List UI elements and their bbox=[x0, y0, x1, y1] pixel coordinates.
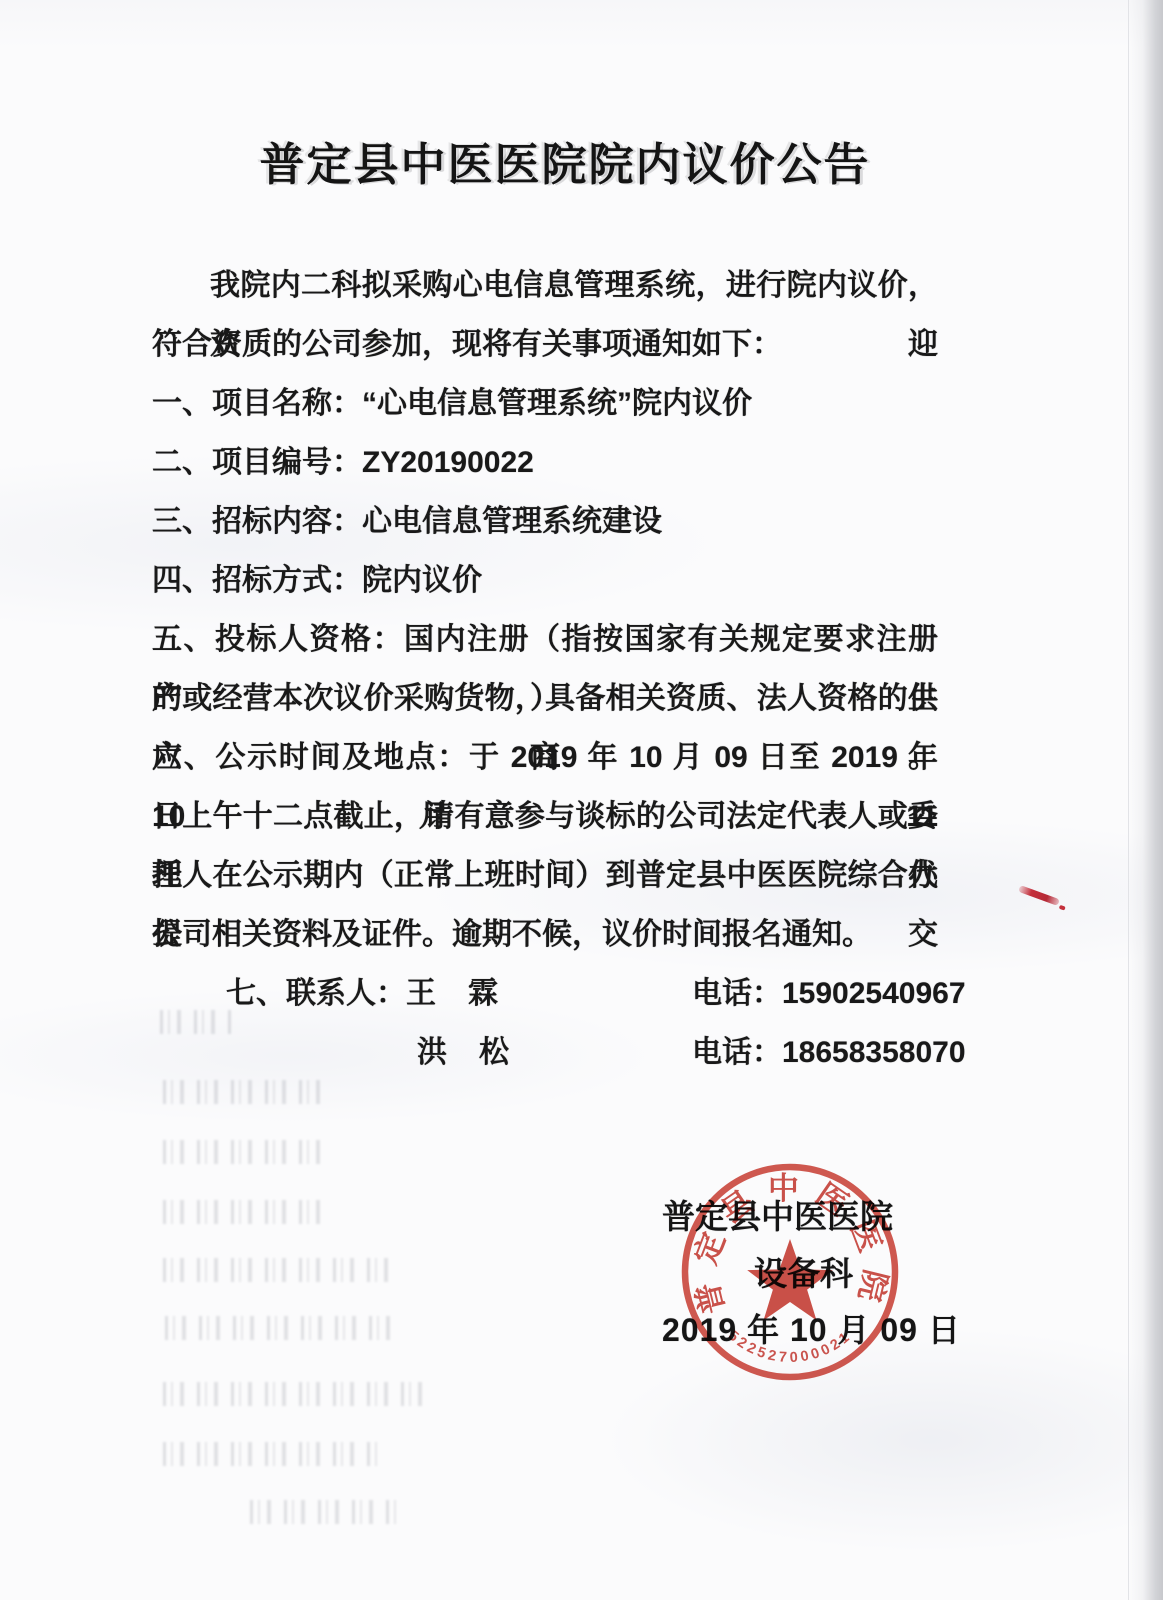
document-body: 我院内二科拟采购心电信息管理系统，进行院内议价，欢迎 符合资质的公司参加，现将有… bbox=[152, 256, 938, 1082]
scanned-document-page: 普定县中医医院院内议价公告 我院内二科拟采购心电信息管理系统，进行院内议价，欢迎… bbox=[0, 0, 1163, 1600]
body-line: 我院内二科拟采购心电信息管理系统，进行院内议价，欢迎 bbox=[152, 256, 938, 315]
signature-date: 2019 年 10 月 09 日 bbox=[662, 1302, 961, 1359]
bleed-through-artifact bbox=[250, 1500, 400, 1524]
document-title: 普定县中医医院院内议价公告 bbox=[170, 128, 960, 193]
signature-department: 设备科 bbox=[754, 1245, 961, 1302]
contact-phone: 电话：18658358070 bbox=[692, 1023, 966, 1082]
contact-row: 洪 松 电话：18658358070 bbox=[152, 1023, 938, 1082]
signature-block: 普定县中医医院 设备科 2019 年 10 月 09 日 bbox=[662, 1188, 961, 1359]
red-ink-mark bbox=[1018, 885, 1060, 906]
bleed-through-artifact bbox=[163, 1382, 423, 1406]
bleed-through-artifact bbox=[163, 1258, 398, 1282]
body-line-item-6: 公司相关资料及证件。逾期不候，议价时间报名通知。 bbox=[152, 905, 938, 964]
contact-name: 洪 松 bbox=[417, 1036, 510, 1069]
body-line-item-4: 四、招标方式：院内议价 bbox=[152, 551, 938, 610]
contact-row: 七、联系人：王 霖 电话：15902540967 bbox=[152, 964, 938, 1023]
bleed-through-artifact bbox=[160, 1010, 235, 1034]
body-line-item-6: 六、公示时间及地点：于 2019 年 10 月 09 日至 2019 年 10 … bbox=[152, 728, 938, 787]
body-line-item-1: 一、项目名称：“心电信息管理系统”院内议价 bbox=[152, 374, 938, 433]
body-line-item-2: 二、项目编号：ZY20190022 bbox=[152, 433, 938, 492]
bleed-through-artifact bbox=[163, 1140, 328, 1164]
body-line-item-5: 产或经营本次议价采购货物，具备相关资质、法人资格的供应商。 bbox=[152, 669, 938, 728]
body-line-item-6: 日上午十二点截止，请有意参与谈标的公司法定代表人或委托代 bbox=[152, 787, 938, 846]
signature-organization: 普定县中医医院 bbox=[662, 1188, 961, 1245]
scan-edge-shadow bbox=[1128, 0, 1163, 1600]
contact-name: 王 霖 bbox=[406, 977, 499, 1010]
contact-phone: 电话：15902540967 bbox=[692, 964, 966, 1023]
bleed-through-artifact bbox=[165, 1316, 400, 1340]
bleed-through-artifact bbox=[163, 1200, 333, 1224]
contact-heading: 七、联系人： bbox=[226, 977, 406, 1010]
body-line-item-3: 三、招标内容：心电信息管理系统建设 bbox=[152, 492, 938, 551]
bleed-through-artifact bbox=[163, 1442, 378, 1466]
body-line-item-5: 五、投标人资格：国内注册（指按国家有关规定要求注册的）生 bbox=[152, 610, 938, 669]
body-line-item-6: 理人在公示期内（正常上班时间）到普定县中医医院综合办提交 bbox=[152, 846, 938, 905]
bleed-through-artifact bbox=[163, 1080, 333, 1104]
